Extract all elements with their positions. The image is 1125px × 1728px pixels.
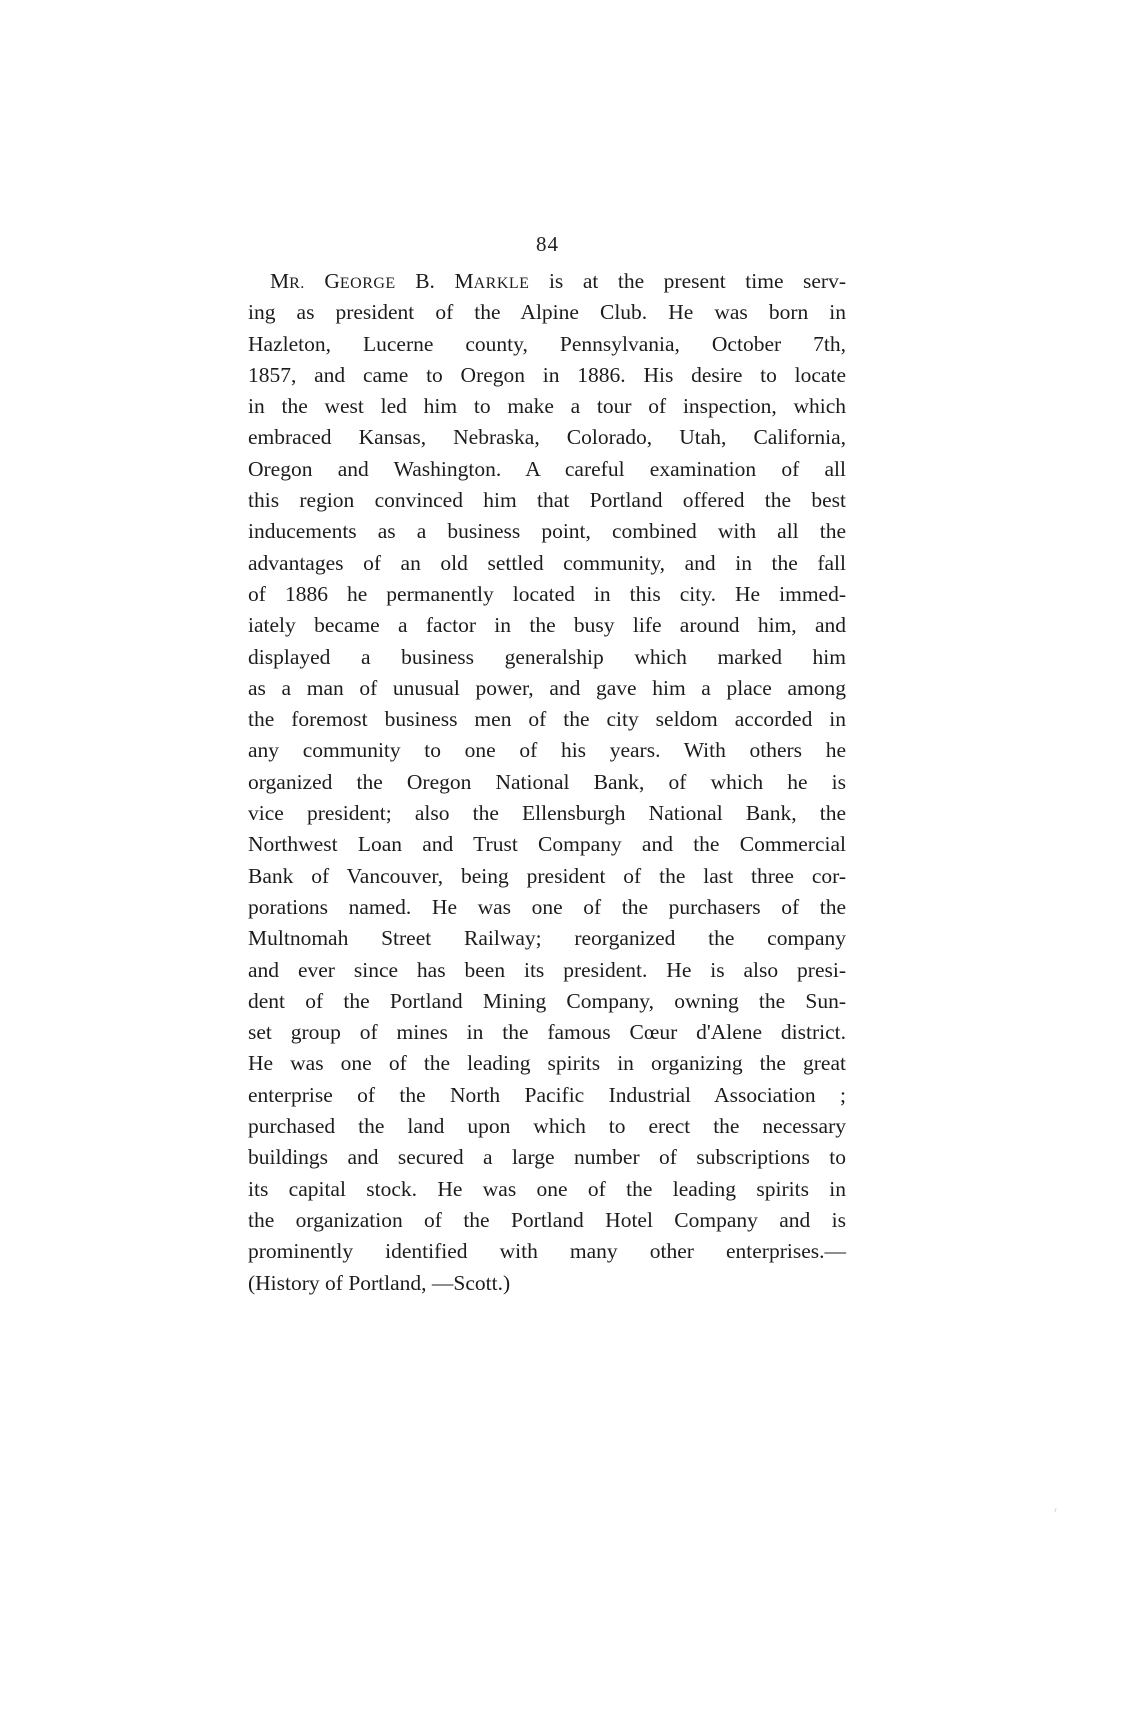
paper-speck [1054,1508,1056,1512]
paragraph-line: organized the Oregon National Bank, of w… [248,767,846,798]
paragraph-line: set group of mines in the famous Cœur d'… [248,1017,846,1048]
paragraph-line: prominently identified with many other e… [248,1236,846,1267]
subject-name: MR. GEORGE B. MARKLE [270,269,529,293]
citation-line: (History of Portland, —Scott.) [248,1268,846,1299]
paragraph-line: porations named. He was one of the purch… [248,892,846,923]
paragraph-line: Multnomah Street Railway; reorganized th… [248,923,846,954]
paragraph-line: dent of the Portland Mining Company, own… [248,986,846,1017]
paragraph-line: the foremost business men of the city se… [248,704,846,735]
paragraph-line: enterprise of the North Pacific Industri… [248,1080,846,1111]
page-number: 84 [0,232,1095,257]
paragraph-line: embraced Kansas, Nebraska, Colorado, Uta… [248,422,846,453]
paragraph-line: vice president; also the Ellensburgh Nat… [248,798,846,829]
paragraph-line: as a man of unusual power, and gave him … [248,673,846,704]
paragraph-line: in the west led him to make a tour of in… [248,391,846,422]
paragraph-line: purchased the land upon which to erect t… [248,1111,846,1142]
paragraph-line: any community to one of his years. With … [248,735,846,766]
paragraph-line: iately became a factor in the busy life … [248,610,846,641]
paragraph-line: Bank of Vancouver, being president of th… [248,861,846,892]
book-page: 84 MR. GEORGE B. MARKLE is at the presen… [0,0,1125,1728]
paragraph-line: Hazleton, Lucerne county, Pennsylvania, … [248,329,846,360]
paragraph-line: He was one of the leading spirits in org… [248,1048,846,1079]
paragraph-line: buildings and secured a large number of … [248,1142,846,1173]
paragraph-line: and ever since has been its president. H… [248,955,846,986]
paragraph-line: ing as president of the Alpine Club. He … [248,297,846,328]
paragraph-line: advantages of an old settled community, … [248,548,846,579]
paragraph-line: Oregon and Washington. A careful examina… [248,454,846,485]
paragraph-line: displayed a business generalship which m… [248,642,846,673]
biography-paragraph: MR. GEORGE B. MARKLE is at the present t… [248,266,846,1299]
paragraph-line: this region convinced him that Portland … [248,485,846,516]
paragraph-line: inducements as a business point, combine… [248,516,846,547]
paragraph-line: the organization of the Portland Hotel C… [248,1205,846,1236]
paragraph-line: Northwest Loan and Trust Company and the… [248,829,846,860]
paragraph-line: 1857, and came to Oregon in 1886. His de… [248,360,846,391]
paragraph-line: of 1886 he permanently located in this c… [248,579,846,610]
paragraph-line-1: MR. GEORGE B. MARKLE is at the present t… [248,266,846,297]
paragraph-line: its capital stock. He was one of the lea… [248,1174,846,1205]
